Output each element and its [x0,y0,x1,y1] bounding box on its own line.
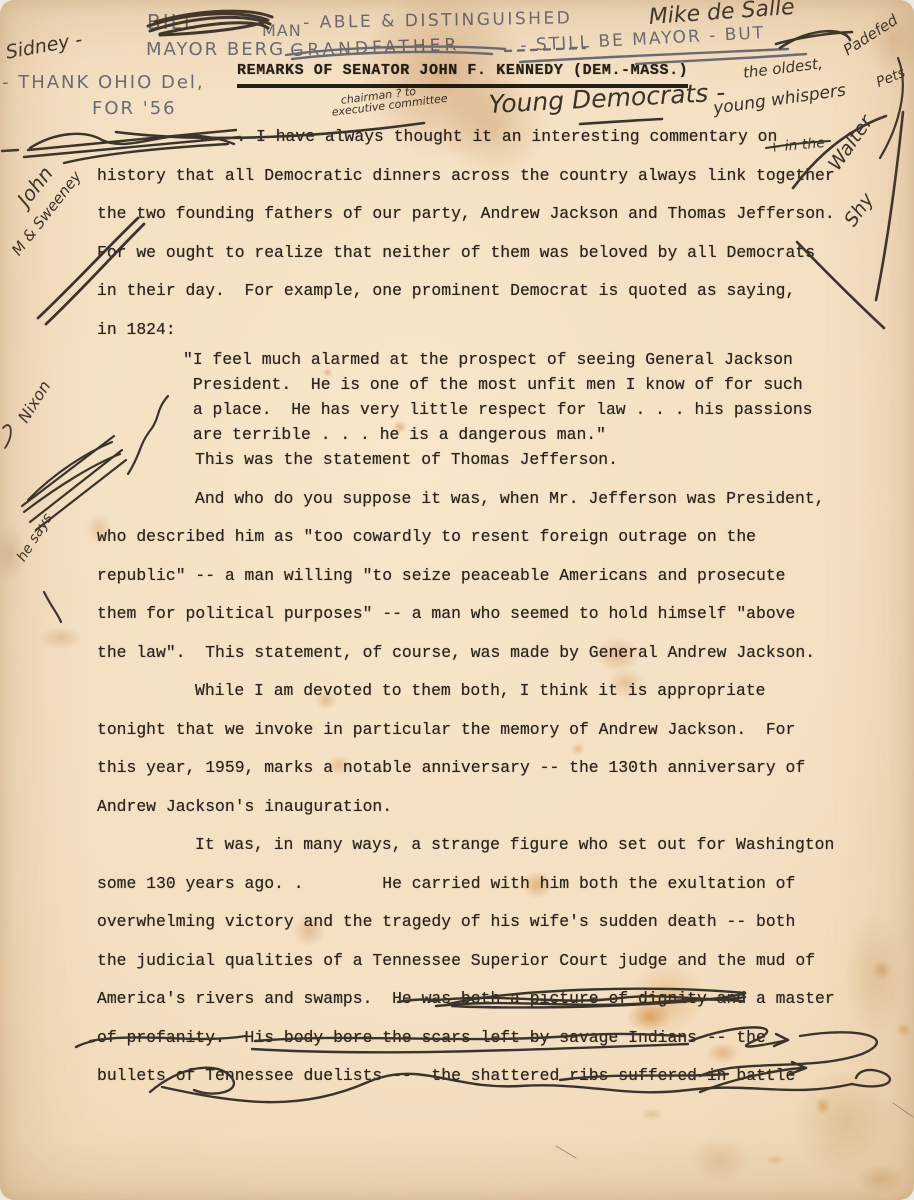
paper-stain [848,1158,914,1200]
paper-stain [636,1106,668,1123]
typed-line: them for political purposes" -- a man wh… [97,604,887,624]
handwritten-note-nixon: Nixon [14,377,54,426]
scratch-marks [556,1103,913,1158]
paper-stain [678,1128,762,1192]
typed-line: overwhelming victory and the tragedy of … [97,912,887,932]
typed-body: . . . I have always thought it an intere… [97,127,887,1105]
typed-line: bullets of Tennessee duelists -- the sha… [97,1066,887,1086]
handwritten-note-the-oldest: the oldest, [742,54,824,82]
typed-line: history that all Democratic dinners acro… [97,166,887,186]
handwritten-note-able-distinguished: - ABLE & DISTINGUISHED [303,8,572,33]
typed-line: republic" -- a man willing "to seize pea… [97,566,887,586]
typed-line: the judicial qualities of a Tennessee Su… [97,951,887,971]
paper-stain [30,622,92,654]
typed-line: And who do you suppose it was, when Mr. … [97,489,887,509]
handwritten-note-for-56: FOR '56 [92,98,177,119]
typed-line: This was the statement of Thomas Jeffers… [97,450,887,470]
handwritten-note-bill: BILL [147,10,197,34]
handwritten-note-mayor-berg: MAYOR BERG - [146,39,301,60]
handwritten-note-he-says: he says [14,511,56,565]
typed-line: a place. He has very little respect for … [97,400,887,420]
typed-line: tonight that we invoke in particular the… [97,720,887,740]
handwritten-note-pets: Pets [874,65,908,91]
typed-line: the two founding fathers of our party, A… [97,204,887,224]
typed-line: are terrible . . . he is a dangerous man… [97,425,887,445]
typed-line: this year, 1959, marks a notable anniver… [97,758,887,778]
paper-stain [893,1020,914,1040]
typed-line: in 1824: [97,320,887,340]
handwritten-note-padefed: Padefed [840,11,901,59]
scanned-document: REMARKS OF SENATOR JOHN F. KENNEDY (DEM.… [0,0,914,1200]
typed-line: the law". This statement, of course, was… [97,643,887,663]
typed-line: who described him as "too cowardly to re… [97,527,887,547]
typed-line: of profanity. His body bore the scars le… [97,1028,887,1048]
handwritten-note-man: MAN [262,21,302,40]
typed-line: President. He is one of the most unfit m… [97,375,887,395]
paper-sheet: REMARKS OF SENATOR JOHN F. KENNEDY (DEM.… [0,0,914,1200]
paper-stain [762,1152,788,1168]
typed-line: some 130 years ago. . He carried with hi… [97,874,887,894]
margin-tick [3,425,11,448]
typed-line: America's rivers and swamps. He was both… [97,989,887,1009]
typed-line: "I feel much alarmed at the prospect of … [97,350,887,370]
handwritten-note-thank-ohio: - THANK OHIO Del, [2,72,205,93]
handwritten-note-top-left-name: Sidney - [4,29,84,64]
underline-young-democrats [580,119,662,124]
typed-line: Andrew Jackson's inauguration. [97,797,887,817]
typed-line: It was, in many ways, a strange figure w… [97,835,887,855]
typed-line: For we ought to realize that neither of … [97,243,887,263]
handwritten-note-young-whispers: young whispers [712,80,847,118]
handwritten-note-grandfather-struck: GRANDFATHER [290,35,461,61]
typed-line: in their day. For example, one prominent… [97,281,887,301]
typed-line: While I am devoted to them both, I think… [97,681,887,701]
